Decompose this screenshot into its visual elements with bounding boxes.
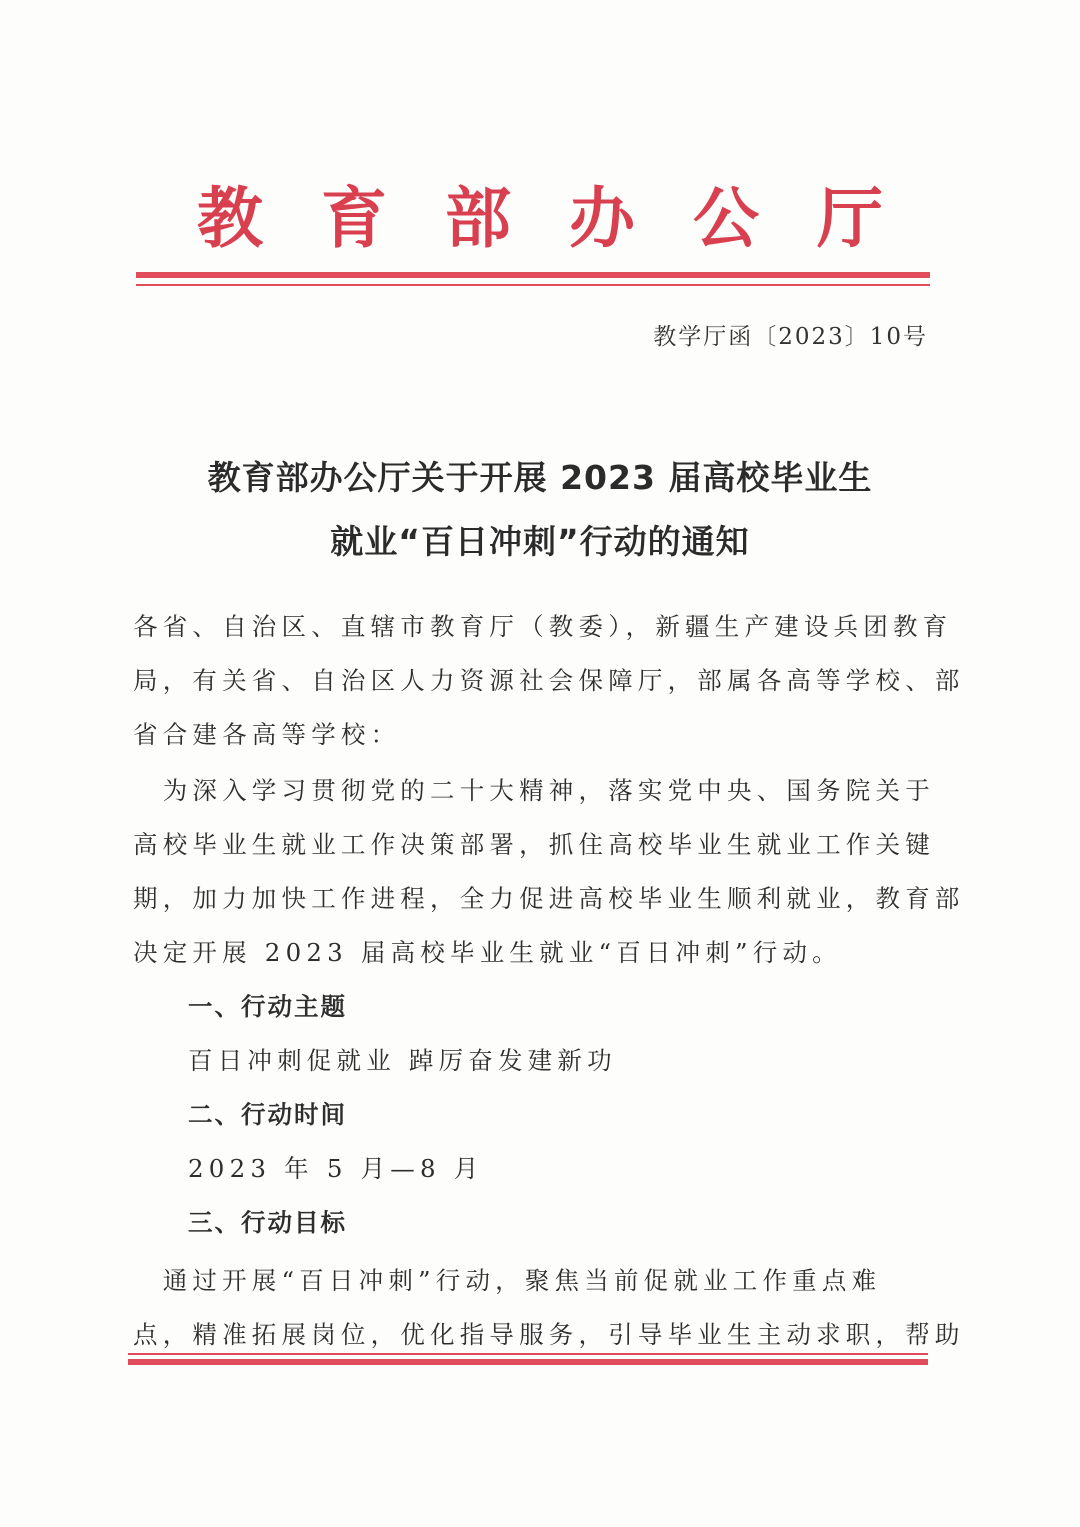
intro-paragraph-line: 决定开展 2023 届高校毕业生就业“百日冲刺”行动。: [133, 934, 933, 969]
document-title-line-2: 就业“百日冲刺”行动的通知: [0, 516, 1080, 563]
letterhead-char: 部: [438, 178, 518, 258]
letterhead-char: 公: [686, 178, 766, 258]
footer-rule-thick: [128, 1359, 928, 1365]
letterhead-char: 办: [562, 178, 642, 258]
section-heading-time: 二、行动时间: [188, 1096, 988, 1131]
intro-paragraph-line: 高校毕业生就业工作决策部署，抓住高校毕业生就业工作关键: [133, 826, 933, 861]
section-heading-theme: 一、行动主题: [188, 988, 988, 1023]
document-title-line-1: 教育部办公厅关于开展 2023 届高校毕业生: [0, 452, 1080, 499]
addressee-line: 省合建各高等学校：: [133, 716, 933, 751]
letterhead-char: 育: [314, 178, 394, 258]
letterhead-char: 厅: [810, 178, 890, 258]
intro-paragraph-line: 为深入学习贯彻党的二十大精神，落实党中央、国务院关于: [133, 772, 933, 807]
addressee-line: 各省、自治区、直辖市教育厅（教委），新疆生产建设兵团教育: [133, 608, 933, 643]
intro-paragraph-line: 期，加力加快工作进程，全力促进高校毕业生顺利就业，教育部: [133, 880, 933, 915]
section-content-time: 2023 年 5 月—8 月: [188, 1150, 988, 1185]
section-content-goal-line: 点，精准拓展岗位，优化指导服务，引导毕业生主动求职，帮助: [133, 1316, 933, 1351]
header-rule-thin: [136, 284, 930, 286]
letterhead-char: 教: [190, 178, 270, 258]
document-page: 教 育 部 办 公 厅 教学厅函〔2023〕10号 教育部办公厅关于开展 202…: [0, 0, 1080, 1527]
letterhead-org-name: 教 育 部 办 公 厅: [190, 178, 890, 258]
section-content-theme: 百日冲刺促就业 踔厉奋发建新功: [188, 1042, 988, 1077]
footer-rule-thin: [128, 1353, 928, 1355]
document-number: 教学厅函〔2023〕10号: [653, 318, 928, 351]
section-heading-goal: 三、行动目标: [188, 1204, 988, 1239]
header-rule-thick: [136, 272, 930, 278]
addressee-line: 局，有关省、自治区人力资源社会保障厅，部属各高等学校、部: [133, 662, 933, 697]
section-content-goal-line: 通过开展“百日冲刺”行动，聚焦当前促就业工作重点难: [133, 1262, 933, 1297]
